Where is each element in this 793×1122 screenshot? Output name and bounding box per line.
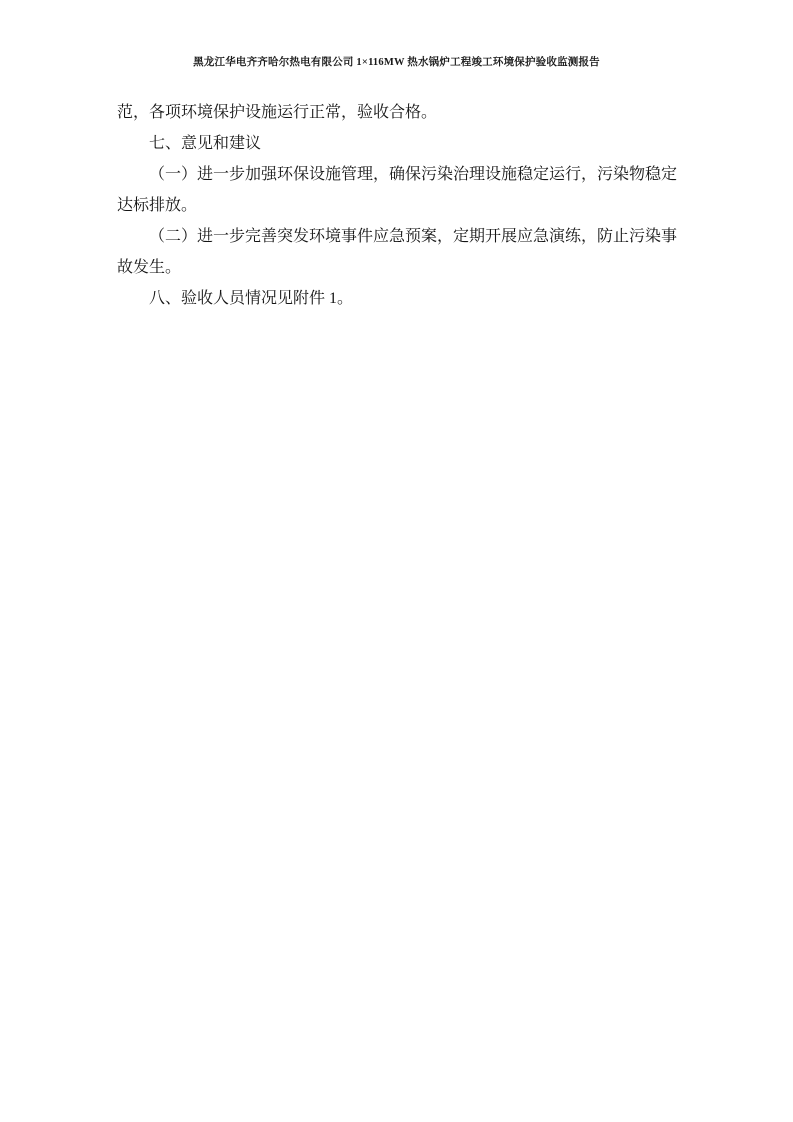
section-heading-7: 七、意见和建议: [117, 128, 677, 159]
section-heading-8: 八、验收人员情况见附件 1。: [117, 283, 677, 314]
paragraph-suggestion-2: （二）进一步完善突发环境事件应急预案，定期开展应急演练，防止污染事故发生。: [117, 221, 677, 283]
paragraph-suggestion-1: （一）进一步加强环保设施管理，确保污染治理设施稳定运行，污染物稳定达标排放。: [117, 159, 677, 221]
document-page: 黑龙江华电齐齐哈尔热电有限公司 1×116MW 热水锅炉工程竣工环境保护验收监测…: [0, 0, 793, 1122]
page-header: 黑龙江华电齐齐哈尔热电有限公司 1×116MW 热水锅炉工程竣工环境保护验收监测…: [0, 54, 793, 69]
document-body: 范，各项环境保护设施运行正常，验收合格。 七、意见和建议 （一）进一步加强环保设…: [117, 97, 677, 314]
paragraph-continuation: 范，各项环境保护设施运行正常，验收合格。: [117, 97, 677, 128]
